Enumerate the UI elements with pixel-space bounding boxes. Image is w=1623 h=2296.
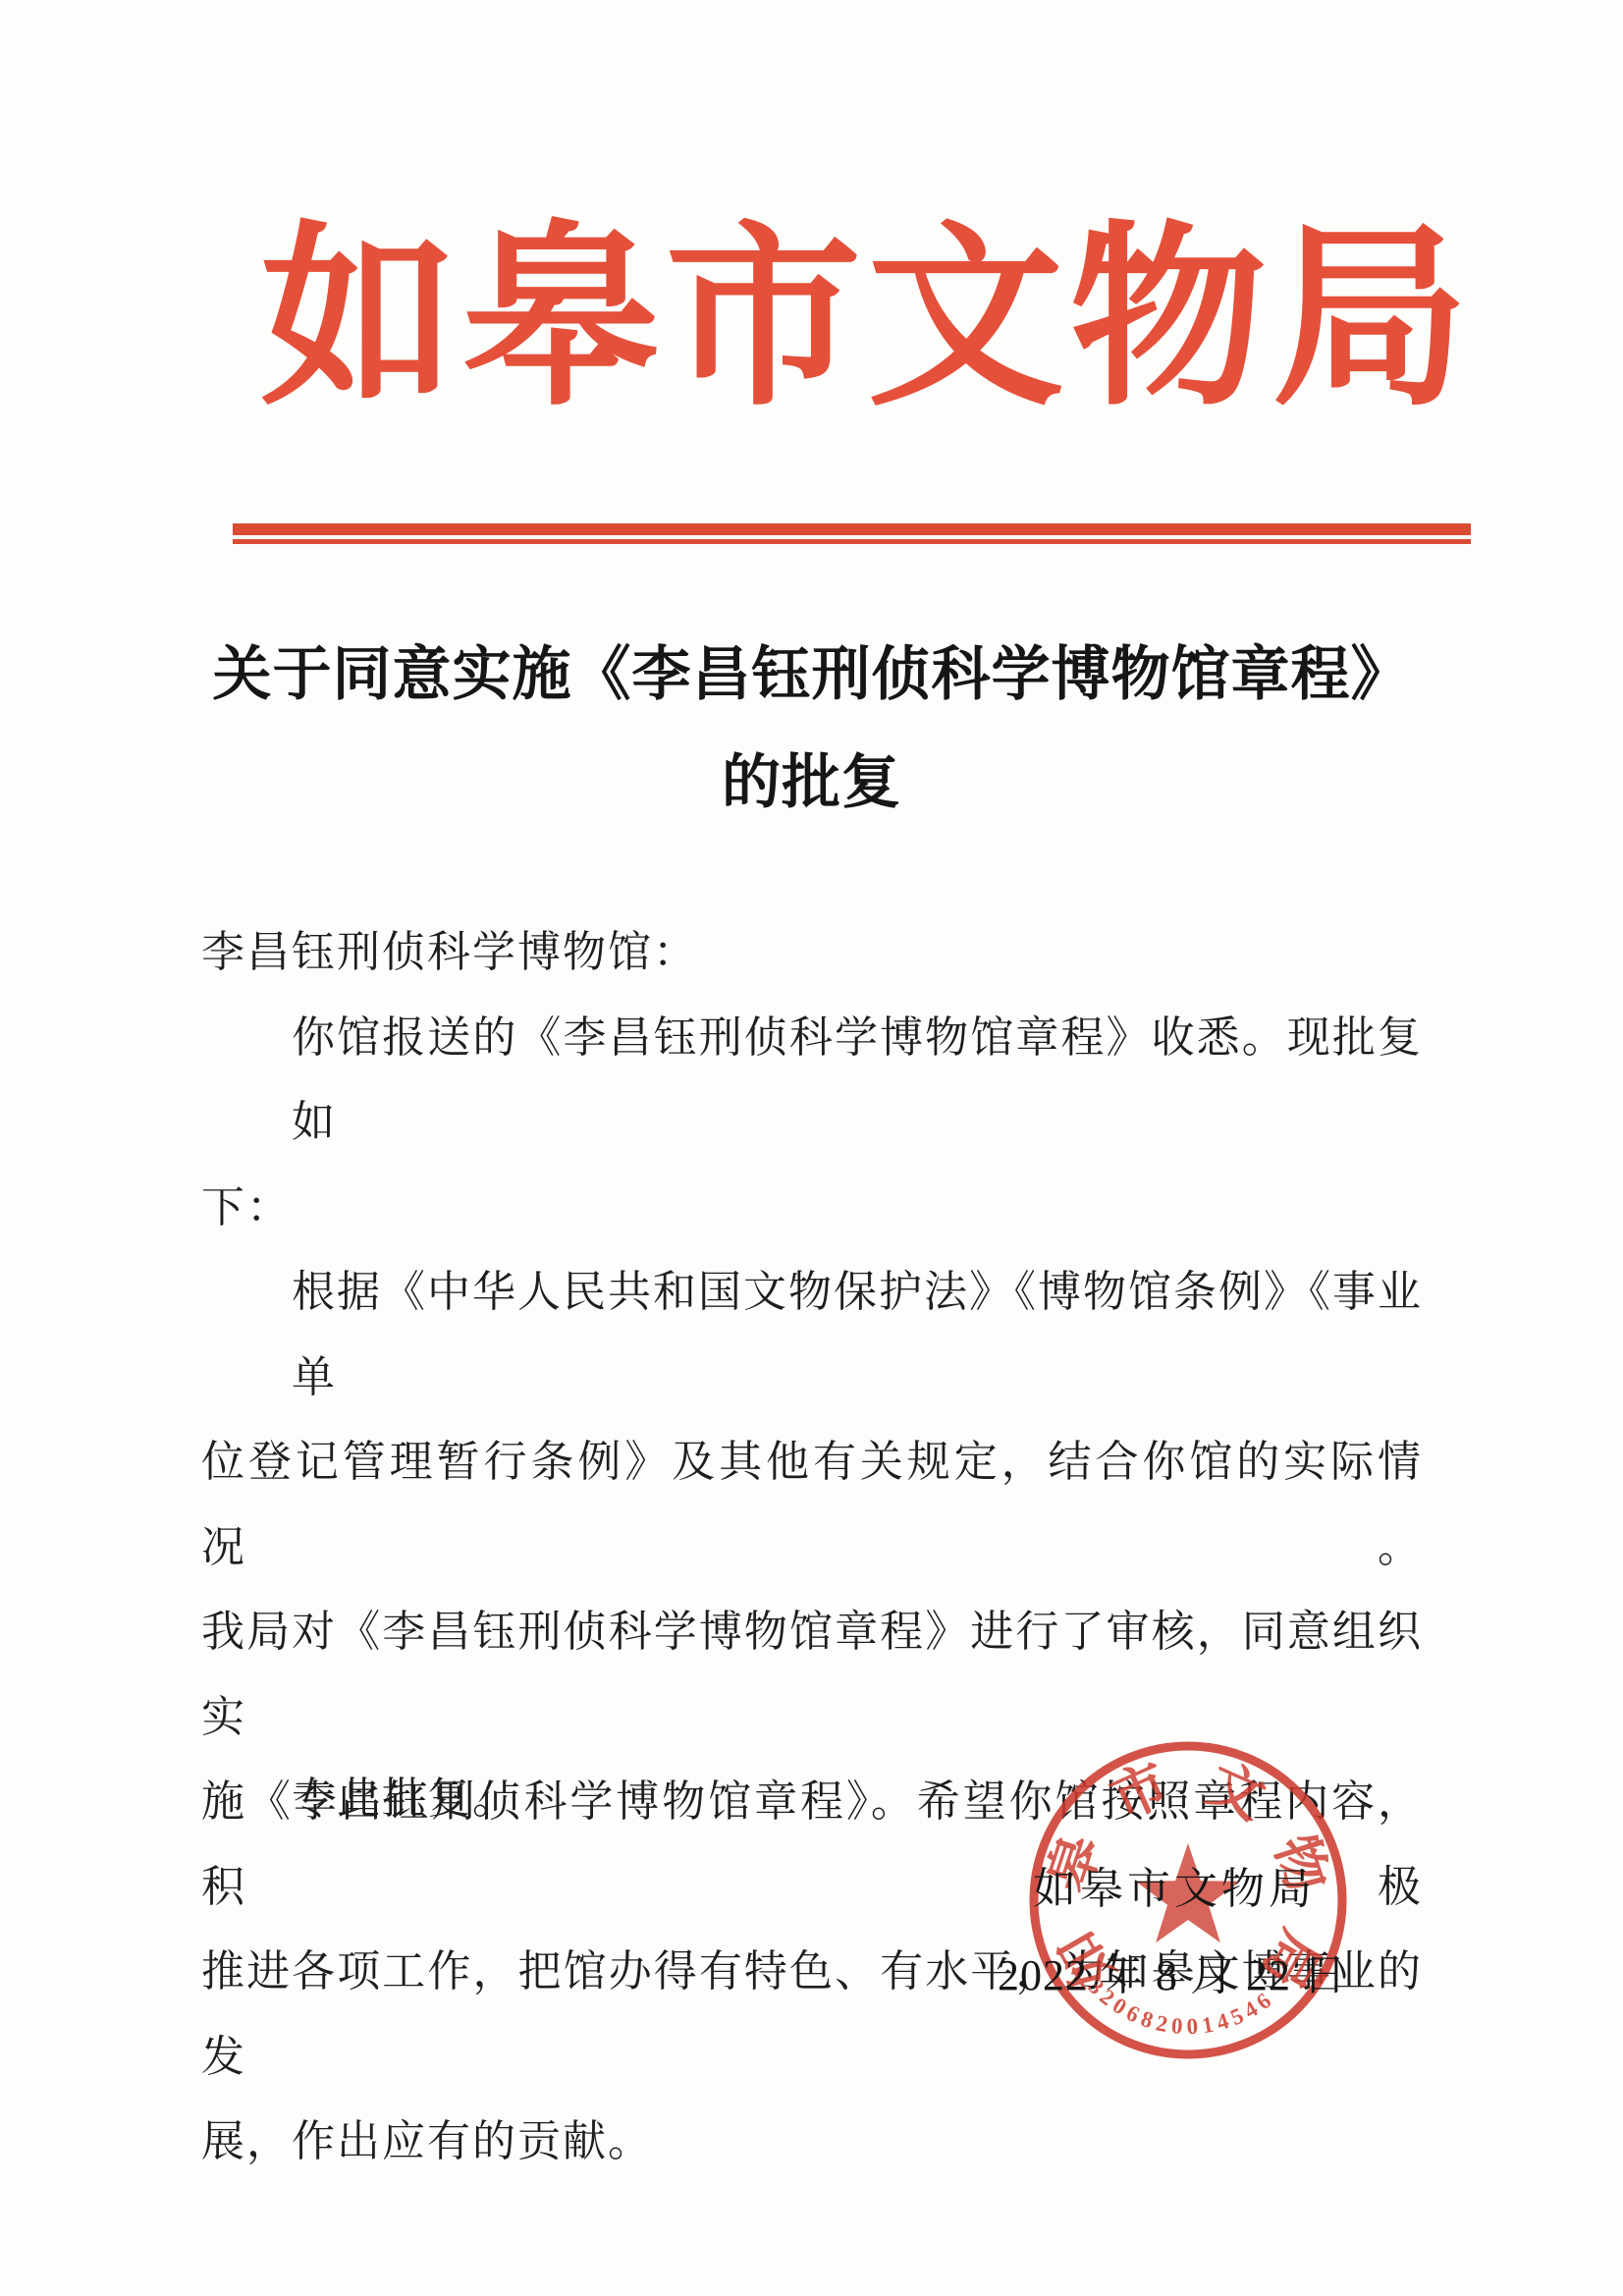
document-title: 关于同意实施《李昌钰刑侦科学博物馆章程》 的批复 <box>0 621 1623 837</box>
signature-agency: 如皋市文物局 <box>1033 1847 1316 1933</box>
document-title-line1: 关于同意实施《李昌钰刑侦科学博物馆章程》 <box>0 621 1623 729</box>
body-line: 根据《中华人民共和国文物保护法》《博物馆条例》《事业单 <box>201 1250 1423 1420</box>
body-line: 位登记管理暂行条例》及其他有关规定，结合你馆的实际情况。 <box>201 1420 1423 1590</box>
body-line: 下： <box>201 1166 1423 1251</box>
letterhead-divider <box>233 523 1471 544</box>
closing-phrase: 专此批复。 <box>201 1757 517 1842</box>
divider-thin-line <box>233 539 1471 544</box>
body-line: 你馆报送的《李昌钰刑侦科学博物馆章程》收悉。现批复如 <box>201 996 1423 1166</box>
divider-thick-line <box>233 523 1471 535</box>
letterhead-agency-name: 如皋市文物局 <box>56 208 1623 434</box>
signature-date: 2022 年 8 月 22 日 <box>998 1934 1347 2019</box>
document-title-line2: 的批复 <box>0 729 1623 837</box>
body-line: 展，作出应有的贡献。 <box>201 2100 1423 2185</box>
scanned-official-document: { "header": { "agency": "如皋市文物局", "accen… <box>0 0 1623 2296</box>
body-line: 李昌钰刑侦科学博物馆： <box>201 910 1423 996</box>
